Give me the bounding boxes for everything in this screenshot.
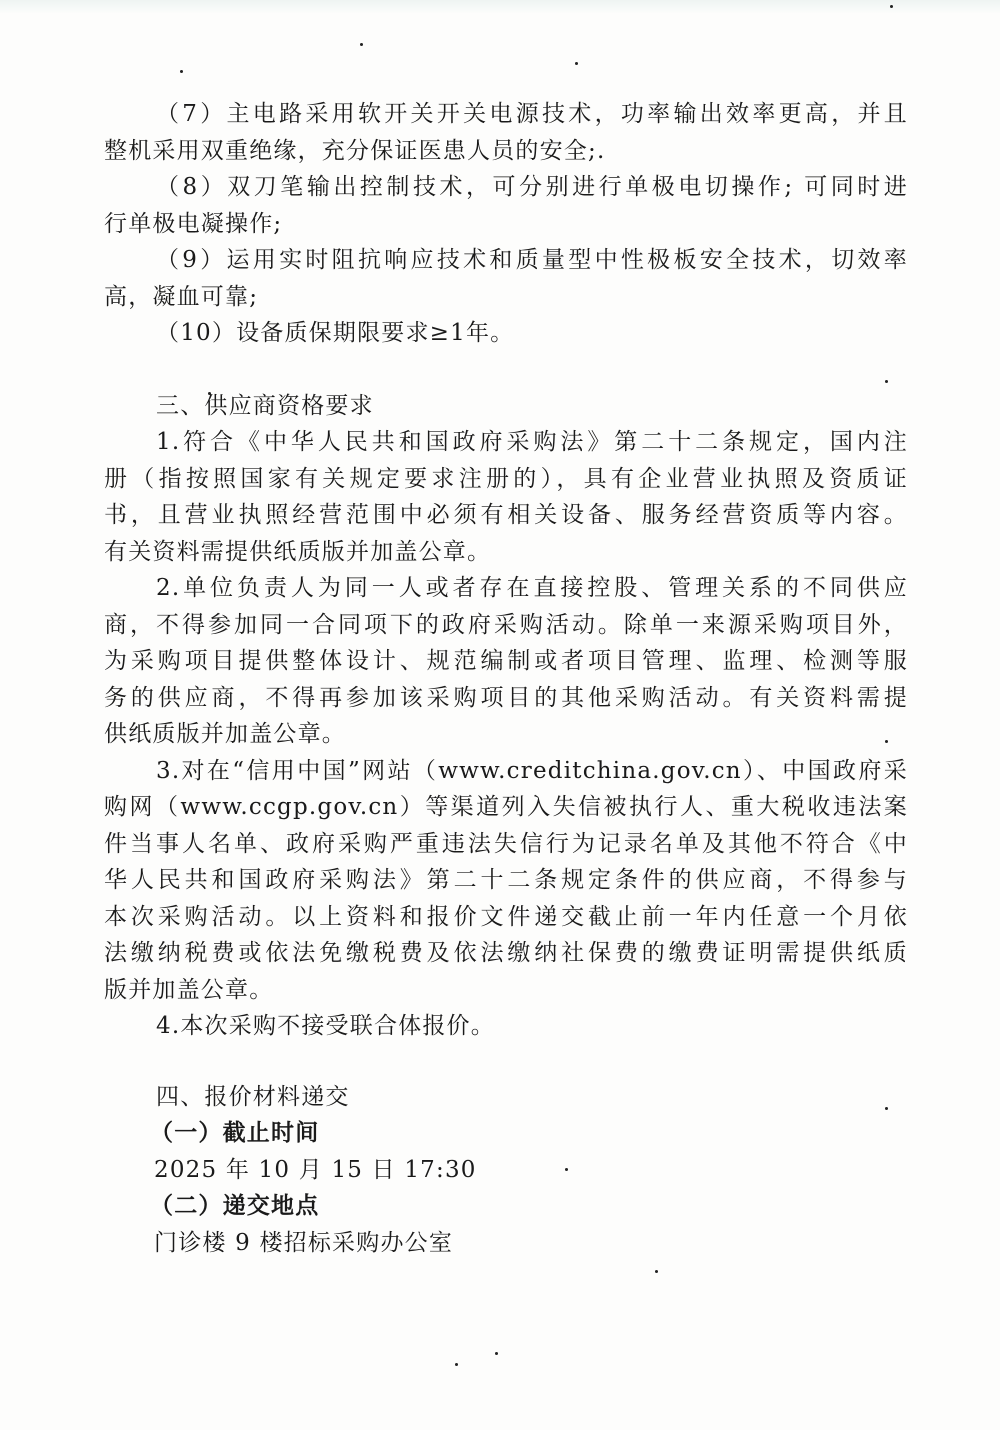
para-line: 法缴纳税费或依法免缴税费及依法缴纳社保费的缴费证明需提供纸质 <box>104 935 908 972</box>
item-line: （10）设备质保期限要求≥1年。 <box>104 315 908 352</box>
item-line: （7）主电路采用软开关开关电源技术，功率输出效率更高，并且 <box>104 96 908 133</box>
para-line: 版并加盖公章。 <box>104 972 908 1009</box>
para-line: 华人民共和国政府采购法》第二十二条规定条件的供应商，不得参与 <box>104 862 908 899</box>
location-heading: （二）递交地点 <box>104 1188 908 1225</box>
section-3-para-1: 1.符合《中华人民共和国政府采购法》第二十二条规定，国内注 册（指按照国家有关规… <box>104 424 908 570</box>
para-line: 2.单位负责人为同一人或者存在直接控股、管理关系的不同供应 <box>104 570 908 607</box>
para-line: 为采购项目提供整体设计、规范编制或者项目管理、监理、检测等服 <box>104 643 908 680</box>
scan-speck <box>890 5 893 8</box>
para-line: 件当事人名单、政府采购严重违法失信行为记录名单及其他不符合《中 <box>104 826 908 863</box>
item-line: （9）运用实时阻抗响应技术和质量型中性极板安全技术，切效率 <box>104 242 908 279</box>
location-value: 门诊楼 9 楼招标采购办公室 <box>104 1225 908 1262</box>
item-8: （8）双刀笔输出控制技术，可分别进行单极电切操作; 可同时进 行单极电凝操作; <box>104 169 908 242</box>
section-3-para-4: 4.本次采购不接受联合体报价。 <box>104 1008 908 1045</box>
scan-speck <box>655 1270 658 1273</box>
para-line: 册（指按照国家有关规定要求注册的），具有企业营业执照及资质证 <box>104 461 908 498</box>
scan-speck <box>495 1352 498 1355</box>
document-page: （7）主电路采用软开关开关电源技术，功率输出效率更高，并且 整机采用双重绝缘，充… <box>104 96 908 1261</box>
item-line: 高，凝血可靠; <box>104 279 908 316</box>
section-3-para-3: 3.对在“信用中国”网站（www.creditchina.gov.cn）、中国政… <box>104 753 908 1009</box>
section-3-para-2: 2.单位负责人为同一人或者存在直接控股、管理关系的不同供应 商，不得参加同一合同… <box>104 570 908 753</box>
para-line: 购网（www.ccgp.gov.cn）等渠道列入失信被执行人、重大税收违法案 <box>104 789 908 826</box>
para-line: 本次采购活动。以上资料和报价文件递交截止前一年内任意一个月依 <box>104 899 908 936</box>
item-line: 整机采用双重绝缘，充分保证医患人员的安全;. <box>104 133 908 170</box>
para-line: 供纸质版并加盖公章。 <box>104 716 908 753</box>
para-line: 4.本次采购不接受联合体报价。 <box>104 1008 908 1045</box>
deadline-heading: （一）截止时间 <box>104 1115 908 1152</box>
para-line: 1.符合《中华人民共和国政府采购法》第二十二条规定，国内注 <box>104 424 908 461</box>
para-line: 有关资料需提供纸质版并加盖公章。 <box>104 534 908 571</box>
section-3-title: 三、供应商资格要求 <box>104 388 908 425</box>
scan-speck <box>360 43 363 46</box>
para-line: 商，不得参加同一合同项下的政府采购活动。除单一来源采购项目外， <box>104 607 908 644</box>
scan-top-band <box>0 0 1000 14</box>
item-10: （10）设备质保期限要求≥1年。 <box>104 315 908 352</box>
para-line: 书，且营业执照经营范围中必须有相关设备、服务经营资质等内容。 <box>104 497 908 534</box>
para-line: 务的供应商，不得再参加该采购项目的其他采购活动。有关资料需提 <box>104 680 908 717</box>
section-4-title: 四、报价材料递交 <box>104 1079 908 1116</box>
scan-speck <box>575 62 578 65</box>
item-9: （9）运用实时阻抗响应技术和质量型中性极板安全技术，切效率 高，凝血可靠; <box>104 242 908 315</box>
item-7: （7）主电路采用软开关开关电源技术，功率输出效率更高，并且 整机采用双重绝缘，充… <box>104 96 908 169</box>
scan-speck <box>180 70 183 73</box>
item-line: 行单极电凝操作; <box>104 206 908 243</box>
item-line: （8）双刀笔输出控制技术，可分别进行单极电切操作; 可同时进 <box>104 169 908 206</box>
deadline-value: 2025 年 10 月 15 日 17:30 <box>104 1152 908 1189</box>
para-line: 3.对在“信用中国”网站（www.creditchina.gov.cn）、中国政… <box>104 753 908 790</box>
scan-speck <box>455 1363 458 1366</box>
